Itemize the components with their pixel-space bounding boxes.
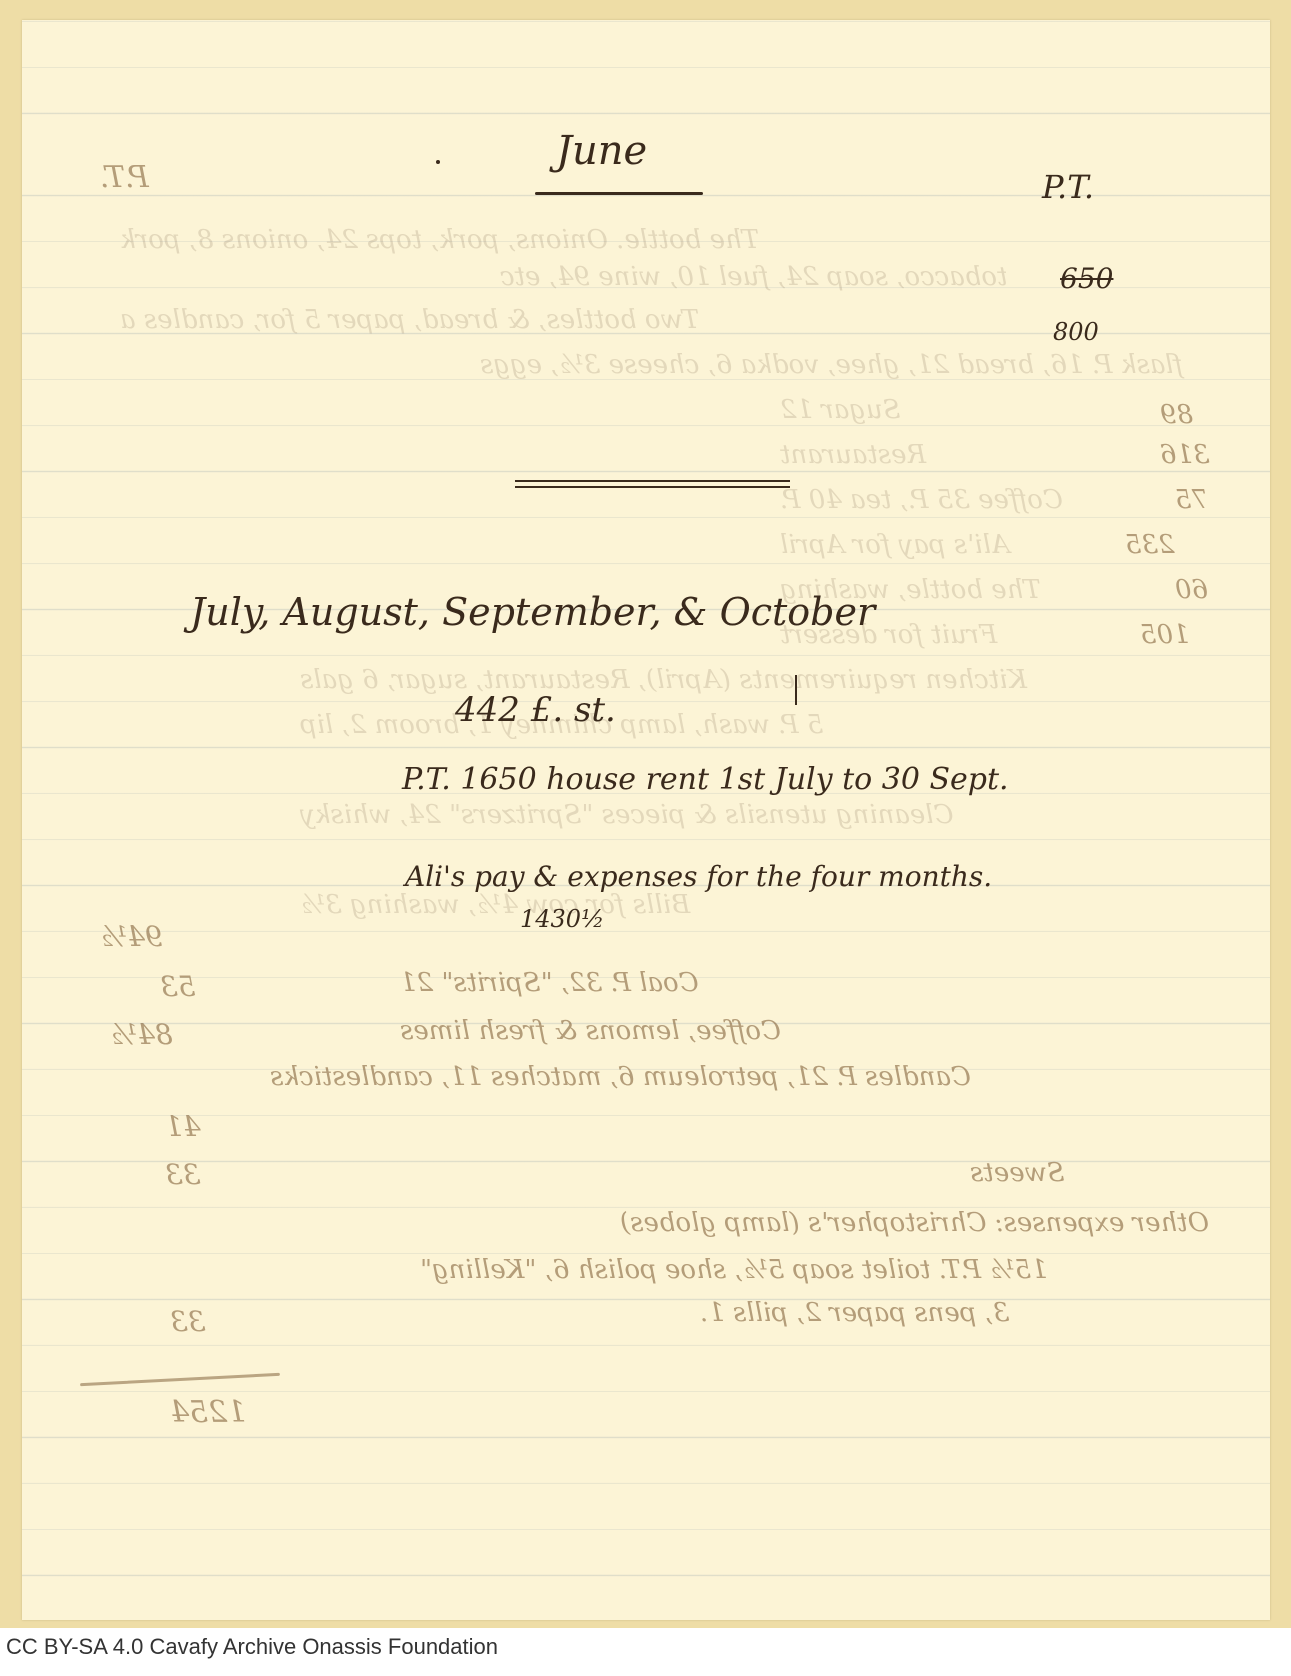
bleed-line: Coffee 35 P., tea 40 P. bbox=[780, 485, 1063, 515]
heading-june: June bbox=[556, 128, 647, 174]
bleed-number: 33 bbox=[170, 1305, 206, 1338]
heading-underline bbox=[535, 192, 703, 195]
bleed-line: The bottle. Onions, pork, tops 24, onion… bbox=[120, 225, 759, 255]
ink-dot bbox=[436, 160, 440, 164]
bleed-number: 60 bbox=[1175, 575, 1208, 605]
bleed-number: 94½ bbox=[100, 920, 163, 953]
bleed-line: 3, pens paper 2, pills 1. bbox=[700, 1298, 1009, 1328]
bleed-grand-total: 1254 bbox=[170, 1395, 246, 1430]
bleed-line: Two bottles, & bread, paper 5 for, candl… bbox=[120, 305, 699, 335]
section-divider bbox=[515, 480, 790, 482]
bleed-line: Candles P. 21, petroleum 6, matches 11, … bbox=[270, 1062, 971, 1092]
bleed-number: 75 bbox=[1175, 485, 1208, 515]
bleed-number: 105 bbox=[1140, 620, 1190, 650]
bleed-line: Ali's pay for April bbox=[780, 530, 1010, 560]
bleed-line: Coal P. 32, "Spirits" 21 bbox=[400, 968, 699, 998]
bleed-number: 33 bbox=[165, 1158, 201, 1191]
bleed-line: Other expenses: Christopher's (lamp glob… bbox=[620, 1208, 1209, 1238]
bleed-number: 84½ bbox=[110, 1018, 173, 1051]
scan-background: P.T. The bottle. Onions, pork, tops 24, … bbox=[0, 0, 1291, 1628]
bleed-line: Kitchen requirements (April), Restaurant… bbox=[300, 665, 1027, 695]
struck-amount: 650 bbox=[1060, 262, 1113, 295]
house-rent-line: P.T. 1650 house rent 1st July to 30 Sept… bbox=[402, 762, 1009, 797]
bleed-number: 53 bbox=[160, 970, 196, 1003]
bleed-top-left-label: P.T. bbox=[100, 160, 149, 195]
ali-pay-line: Ali's pay & expenses for the four months… bbox=[405, 860, 992, 893]
bleed-line: Coffee, lemons & fresh limes bbox=[400, 1016, 781, 1046]
bleed-line: Sweets bbox=[970, 1158, 1065, 1188]
bleed-line: Cleaning utensils & pieces "Spritzers" 2… bbox=[300, 800, 953, 830]
bleed-line: Restaurant bbox=[780, 440, 926, 470]
bleed-number: 41 bbox=[165, 1110, 201, 1143]
ali-total: 1430½ bbox=[520, 905, 604, 933]
months-line: July, August, September, & October bbox=[190, 590, 875, 634]
bleed-number: 316 bbox=[1160, 440, 1210, 470]
bleed-line: tobacco, soap 24, fuel 10, wine 94, etc bbox=[500, 262, 1008, 292]
license-caption: CC BY-SA 4.0 Cavafy Archive Onassis Foun… bbox=[6, 1634, 498, 1660]
top-right-label: P.T. bbox=[1042, 168, 1094, 206]
amount: 800 bbox=[1053, 318, 1099, 346]
bleed-number: 89 bbox=[1160, 400, 1193, 430]
total-pounds: 442 £. st. bbox=[455, 690, 616, 730]
bleed-line: Sugar 12 bbox=[780, 395, 900, 425]
bleed-line: Bills for cow 4½, washing 3½ bbox=[300, 890, 690, 920]
ink-mark bbox=[795, 675, 797, 705]
bleed-line: 15½ P.T. toilet soap 5½, shoe polish 6, … bbox=[420, 1255, 1048, 1285]
bleed-number: 235 bbox=[1125, 530, 1175, 560]
bleed-line: flask P. 16, bread 21, ghee, vodka 6, ch… bbox=[480, 350, 1183, 380]
